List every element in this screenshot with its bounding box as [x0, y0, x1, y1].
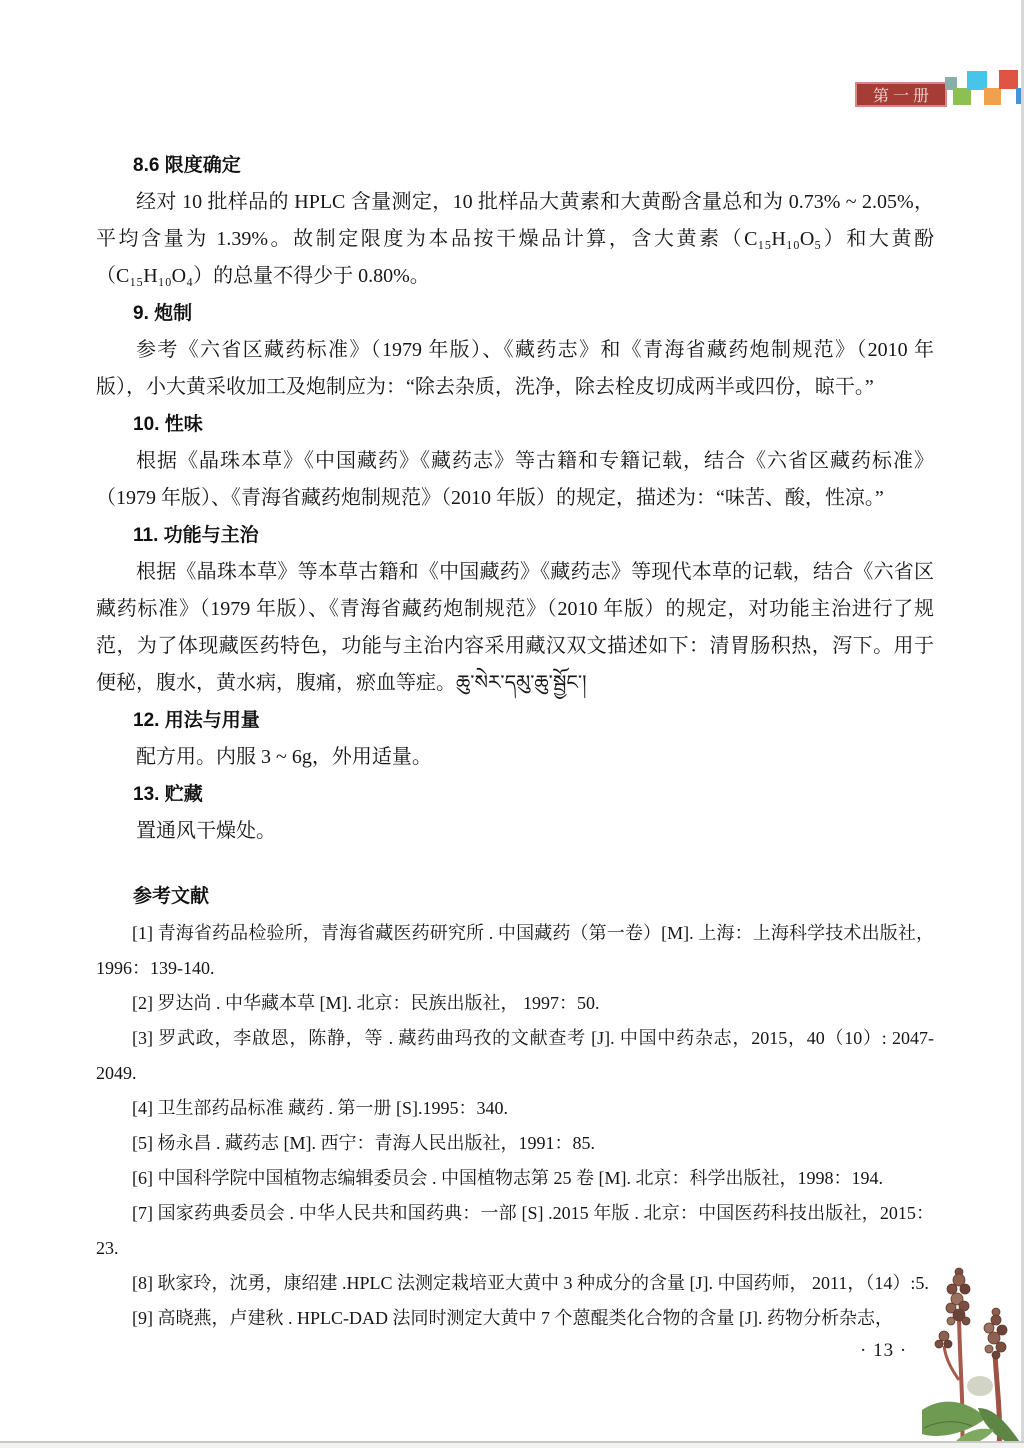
scan-edge-bottom-white [0, 1443, 1024, 1448]
section-heading-processing: 9. 炮制 [96, 295, 934, 332]
document-page: 第一册 8.6 限度确定 经对 10 批样品的 HPLC 含量测定，10 批样品… [0, 0, 1024, 1448]
reference-item-4: [4] 卫生部药品标准 藏药 . 第一册 [S].1995：340. [96, 1091, 934, 1126]
reference-item-6: [6] 中国科学院中国植物志编辑委员会 . 中国植物志第 25 卷 [M]. 北… [96, 1161, 934, 1196]
reference-item-2: [2] 罗达尚 . 中华藏本草 [M]. 北京：民族出版社， 1997：50. [96, 986, 934, 1021]
reference-item-5: [5] 杨永昌 . 藏药志 [M]. 西宁：青海人民出版社，1991：85. [96, 1126, 934, 1161]
references-heading: 参考文献 [96, 878, 934, 915]
section-heading-function: 11. 功能与主治 [96, 517, 934, 554]
reference-item-7: [7] 国家药典委员会 . 中华人民共和国药典：一部 [S] .2015 年版 … [96, 1196, 934, 1266]
plant-photo [922, 1260, 1024, 1448]
section-paragraph-storage: 置通风干燥处。 [96, 813, 934, 850]
section-heading-dosage: 12. 用法与用量 [96, 702, 934, 739]
mosaic-square-orange [984, 88, 1001, 105]
scan-edge-bottom [0, 1441, 1024, 1443]
mosaic-square-red [999, 70, 1018, 89]
reference-item-9: [9] 高晓燕，卢建秋 . HPLC-DAD 法同时测定大黄中 7 个蒽醌类化合… [96, 1301, 934, 1336]
reference-item-8: [8] 耿家玲，沈勇，康绍建 .HPLC 法测定栽培亚大黄中 3 种成分的含量 … [96, 1266, 934, 1301]
section-heading-property: 10. 性味 [96, 406, 934, 443]
section-heading-storage: 13. 贮藏 [96, 776, 934, 813]
page-content: 8.6 限度确定 经对 10 批样品的 HPLC 含量测定，10 批样品大黄素和… [96, 147, 934, 1336]
page-number: · 13 · [860, 1340, 907, 1362]
reference-item-3: [3] 罗武政，李啟恩，陈静，等 . 藏药曲玛孜的文献查考 [J]. 中国中药杂… [96, 1021, 934, 1091]
volume-badge: 第一册 [855, 82, 947, 107]
section-paragraph-dosage: 配方用。内服 3 ~ 6g，外用适量。 [96, 739, 934, 776]
section-paragraph-property: 根据《晶珠本草》《中国藏药》《藏药志》等古籍和专籍记载，结合《六省区藏药标准》（… [96, 443, 934, 517]
section-paragraph-limit: 经对 10 批样品的 HPLC 含量测定，10 批样品大黄素和大黄酚含量总和为 … [96, 184, 934, 295]
section-paragraph-processing: 参考《六省区藏药标准》（1979 年版）、《藏药志》和《青海省藏药炮制规范》（2… [96, 332, 934, 406]
section-paragraph-function: 根据《晶珠本草》等本草古籍和《中国藏药》《藏药志》等现代本草的记载，结合《六省区… [96, 554, 934, 702]
reference-item-1: [1] 青海省药品检验所，青海省藏医药研究所 . 中国藏药（第一卷）[M]. 上… [96, 916, 934, 986]
section-heading-limit: 8.6 限度确定 [96, 147, 934, 184]
mosaic-square-green [953, 88, 971, 105]
